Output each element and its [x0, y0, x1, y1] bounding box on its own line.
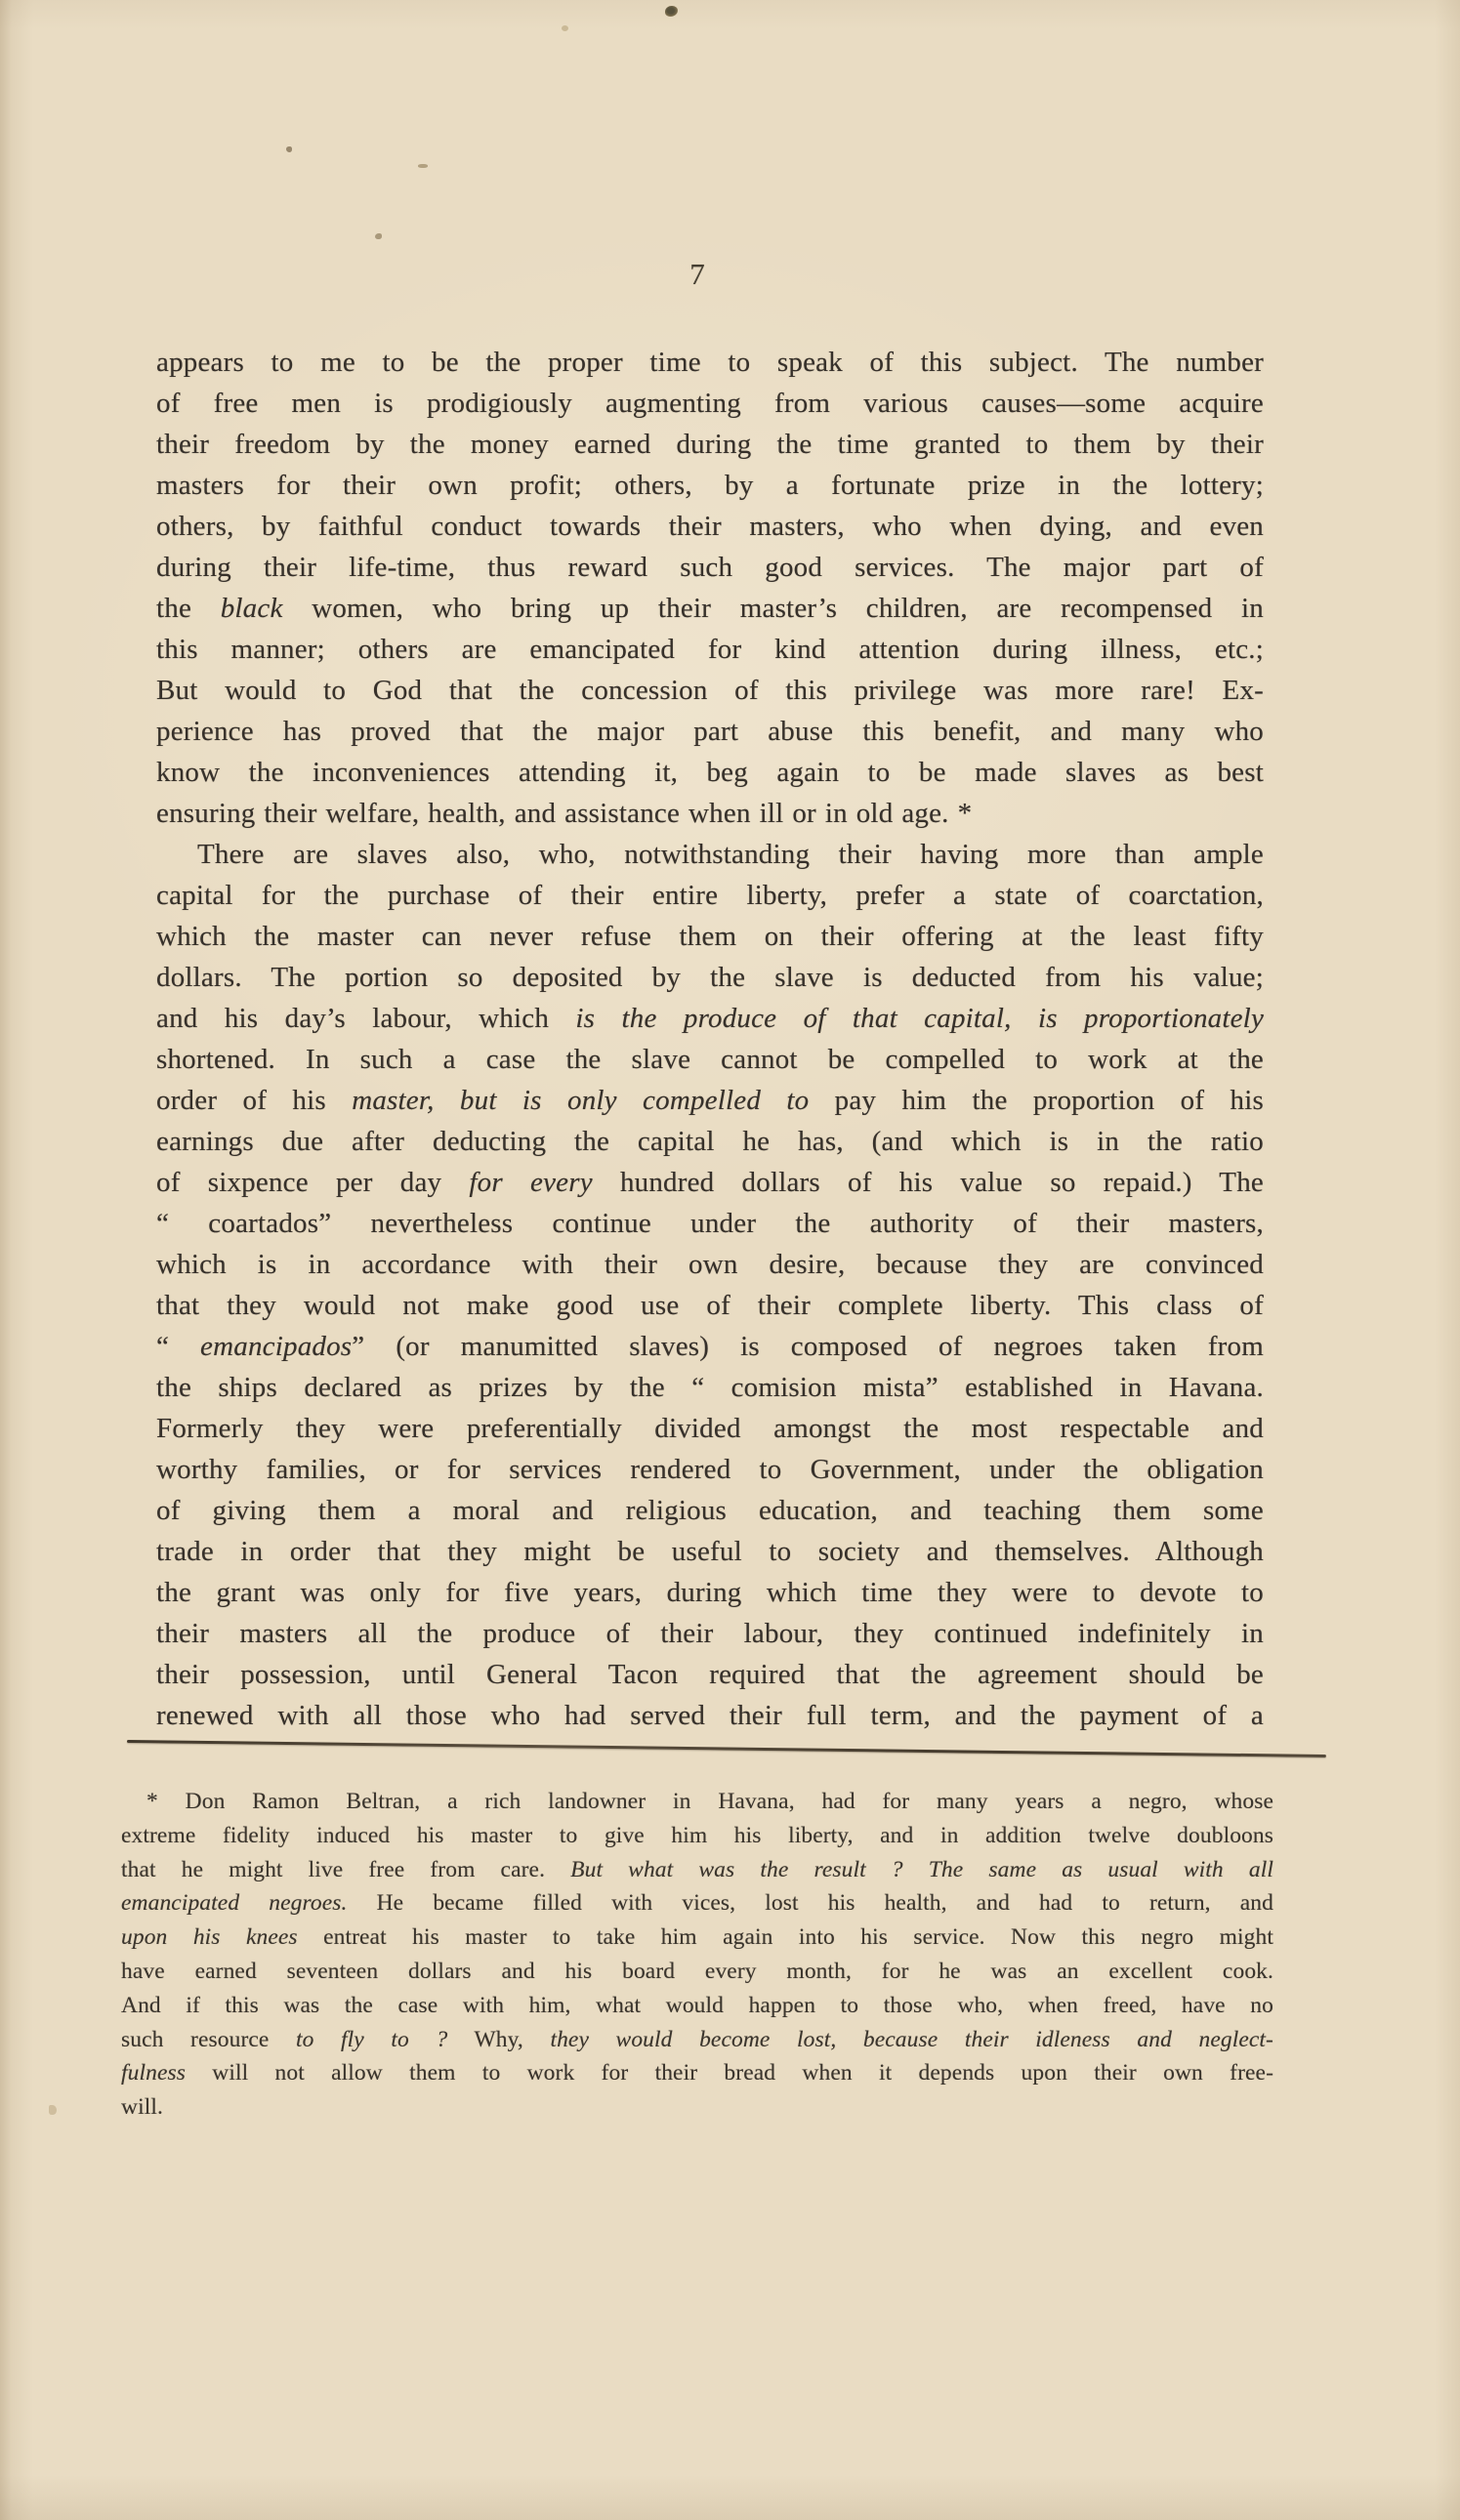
- body-text-line: “ emancipados” (or manumitted slaves) is…: [156, 1326, 1264, 1367]
- footnote-text-line: fulness will not allow them to work for …: [121, 2056, 1273, 2090]
- paper-speck: [375, 233, 382, 239]
- footnote-text-line: that he might live free from care. But w…: [121, 1853, 1273, 1887]
- body-text-line: during their life-time, thus reward such…: [156, 547, 1264, 588]
- body-text-line: ensuring their welfare, health, and assi…: [156, 793, 1264, 834]
- text-segment: ” (or manumitted slaves) is composed of …: [352, 1331, 1264, 1362]
- paragraph: appears to me to be the proper time to s…: [156, 342, 1264, 834]
- footnote-text-line: And if this was the case with him, what …: [121, 1989, 1273, 2023]
- italic-text-segment: But what was the result ? The same as us…: [570, 1857, 1273, 1882]
- text-segment: and his day’s labour, which: [156, 1003, 575, 1034]
- body-text-line: their possession, until General Tacon re…: [156, 1654, 1264, 1695]
- footnote-text-line: emancipated negroes. He became filled wi…: [121, 1886, 1273, 1921]
- text-segment: “ coartados” nevertheless continue under…: [156, 1208, 1264, 1239]
- footnote-text-line: upon his knees entreat his master to tak…: [121, 1921, 1273, 1955]
- body-text-line: know the inconveniences attending it, be…: [156, 752, 1264, 793]
- text-segment: shortened. In such a case the slave cann…: [156, 1044, 1264, 1075]
- body-text-line: There are slaves also, who, notwithstand…: [156, 834, 1264, 875]
- text-segment: trade in order that they might be useful…: [156, 1536, 1264, 1567]
- body-text-line: appears to me to be the proper time to s…: [156, 342, 1264, 383]
- text-segment: “: [156, 1331, 200, 1362]
- italic-text-segment: is the produce of that capital, is propo…: [575, 1003, 1264, 1034]
- text-segment: perience has proved that the major part …: [156, 716, 1264, 747]
- text-segment: others, by faithful conduct towards thei…: [156, 511, 1264, 542]
- body-text-line: capital for the purchase of their entire…: [156, 875, 1264, 916]
- text-segment: Formerly they were preferentially divide…: [156, 1413, 1264, 1444]
- body-text-line: masters for their own profit; others, by…: [156, 465, 1264, 506]
- body-text-line: this manner; others are emancipated for …: [156, 629, 1264, 670]
- italic-text-segment: emancipados: [200, 1331, 352, 1362]
- text-segment: which the master can never refuse them o…: [156, 921, 1264, 952]
- paper-speck: [418, 164, 428, 168]
- text-segment: extreme fidelity induced his master to g…: [121, 1823, 1273, 1848]
- text-segment: this manner; others are emancipated for …: [156, 634, 1264, 665]
- text-segment: appears to me to be the proper time to s…: [156, 347, 1264, 378]
- text-segment: pay him the proportion of his: [809, 1085, 1264, 1116]
- body-text-line: their masters all the produce of their l…: [156, 1613, 1264, 1654]
- text-segment: order of his: [156, 1085, 352, 1116]
- text-segment: renewed with all those who had served th…: [156, 1700, 1264, 1731]
- italic-text-segment: upon his knees: [121, 1924, 298, 1950]
- body-text-line: perience has proved that the major part …: [156, 711, 1264, 752]
- text-segment: their freedom by the money earned during…: [156, 429, 1264, 460]
- text-segment: of sixpence per day: [156, 1167, 469, 1198]
- body-text-line: renewed with all those who had served th…: [156, 1695, 1264, 1736]
- ink-smudge: [665, 6, 678, 17]
- footnote-text-line: have earned seventeen dollars and his bo…: [121, 1955, 1273, 1989]
- text-segment: which is in accordance with their own de…: [156, 1249, 1264, 1280]
- text-segment: Why,: [447, 2027, 550, 2052]
- paper-speck: [286, 146, 292, 152]
- body-text-line: of free men is prodigiously augmenting f…: [156, 383, 1264, 424]
- body-text-line: the black women, who bring up their mast…: [156, 588, 1264, 629]
- body-text-line: of sixpence per day for every hundred do…: [156, 1162, 1264, 1203]
- body-text-line: others, by faithful conduct towards thei…: [156, 506, 1264, 547]
- italic-text-segment: black: [221, 593, 283, 624]
- italic-text-segment: for every: [469, 1167, 592, 1198]
- body-text-line: “ coartados” nevertheless continue under…: [156, 1203, 1264, 1244]
- body-text: appears to me to be the proper time to s…: [156, 342, 1264, 1736]
- footnote-text: * Don Ramon Beltran, a rich landowner in…: [121, 1785, 1273, 2125]
- book-page: 7 appears to me to be the proper time to…: [0, 0, 1460, 2520]
- text-segment: will.: [121, 2094, 163, 2120]
- body-text-line: and his day’s labour, which is the produ…: [156, 998, 1264, 1039]
- footnote-divider-rule: [127, 1740, 1326, 1757]
- italic-text-segment: fulness: [121, 2060, 186, 2086]
- text-segment: And if this was the case with him, what …: [121, 1993, 1273, 2018]
- paper-speck: [49, 2105, 57, 2115]
- paragraph: There are slaves also, who, notwithstand…: [156, 834, 1264, 1736]
- text-segment: that they would not make good use of the…: [156, 1290, 1264, 1321]
- body-text-line: the ships declared as prizes by the “ co…: [156, 1367, 1264, 1408]
- footnote-text-line: * Don Ramon Beltran, a rich landowner in…: [121, 1785, 1273, 1819]
- italic-text-segment: they would become lost, because their id…: [550, 2027, 1273, 2052]
- text-segment: during their life-time, thus reward such…: [156, 552, 1264, 583]
- italic-text-segment: to fly to ?: [296, 2027, 447, 2052]
- paragraph: * Don Ramon Beltran, a rich landowner in…: [121, 1785, 1273, 2125]
- body-text-line: Formerly they were preferentially divide…: [156, 1408, 1264, 1449]
- text-segment: capital for the purchase of their entire…: [156, 880, 1264, 911]
- text-segment: know the inconveniences attending it, be…: [156, 757, 1264, 788]
- text-segment: such resource: [121, 2027, 296, 2052]
- text-segment: earnings due after deducting the capital…: [156, 1126, 1264, 1157]
- text-segment: There are slaves also, who, notwithstand…: [197, 839, 1264, 870]
- text-segment: the ships declared as prizes by the “ co…: [156, 1372, 1264, 1403]
- text-segment: that he might live free from care.: [121, 1857, 570, 1882]
- text-segment: of free men is prodigiously augmenting f…: [156, 388, 1264, 419]
- text-segment: the grant was only for five years, durin…: [156, 1577, 1264, 1608]
- body-text-line: which is in accordance with their own de…: [156, 1244, 1264, 1285]
- body-text-line: worthy families, or for services rendere…: [156, 1449, 1264, 1490]
- body-text-line: order of his master, but is only compell…: [156, 1080, 1264, 1121]
- body-text-line: shortened. In such a case the slave cann…: [156, 1039, 1264, 1080]
- body-text-line: which the master can never refuse them o…: [156, 916, 1264, 957]
- text-segment: ensuring their welfare, health, and assi…: [156, 798, 972, 829]
- italic-text-segment: emancipated negroes.: [121, 1890, 348, 1916]
- text-segment: will not allow them to work for their br…: [186, 2060, 1273, 2086]
- text-segment: masters for their own profit; others, by…: [156, 470, 1264, 501]
- text-segment: But would to God that the concession of …: [156, 675, 1264, 706]
- text-segment: their possession, until General Tacon re…: [156, 1659, 1264, 1690]
- text-segment: worthy families, or for services rendere…: [156, 1454, 1264, 1485]
- body-text-line: dollars. The portion so deposited by the…: [156, 957, 1264, 998]
- text-segment: entreat his master to take him again int…: [298, 1924, 1273, 1950]
- text-segment: women, who bring up their master’s child…: [283, 593, 1264, 624]
- footnote-text-line: extreme fidelity induced his master to g…: [121, 1819, 1273, 1853]
- italic-text-segment: master, but is only compelled to: [352, 1085, 809, 1116]
- footnote-text-line: such resource to fly to ? Why, they woul…: [121, 2023, 1273, 2057]
- body-text-line: But would to God that the concession of …: [156, 670, 1264, 711]
- text-segment: their masters all the produce of their l…: [156, 1618, 1264, 1649]
- text-segment: dollars. The portion so deposited by the…: [156, 962, 1264, 993]
- body-text-line: their freedom by the money earned during…: [156, 424, 1264, 465]
- text-segment: of giving them a moral and religious edu…: [156, 1495, 1264, 1526]
- body-text-line: the grant was only for five years, durin…: [156, 1572, 1264, 1613]
- text-segment: have earned seventeen dollars and his bo…: [121, 1959, 1273, 1984]
- text-segment: * Don Ramon Beltran, a rich landowner in…: [146, 1789, 1273, 1814]
- body-text-line: of giving them a moral and religious edu…: [156, 1490, 1264, 1531]
- body-text-line: earnings due after deducting the capital…: [156, 1121, 1264, 1162]
- text-segment: hundred dollars of his value so repaid.)…: [593, 1167, 1264, 1198]
- text-segment: the: [156, 593, 221, 624]
- body-text-line: that they would not make good use of the…: [156, 1285, 1264, 1326]
- footnote-text-line: will.: [121, 2090, 1273, 2125]
- body-text-line: trade in order that they might be useful…: [156, 1531, 1264, 1572]
- page-number: 7: [674, 257, 721, 292]
- paper-speck: [562, 25, 568, 31]
- text-segment: He became filled with vices, lost his he…: [348, 1890, 1274, 1916]
